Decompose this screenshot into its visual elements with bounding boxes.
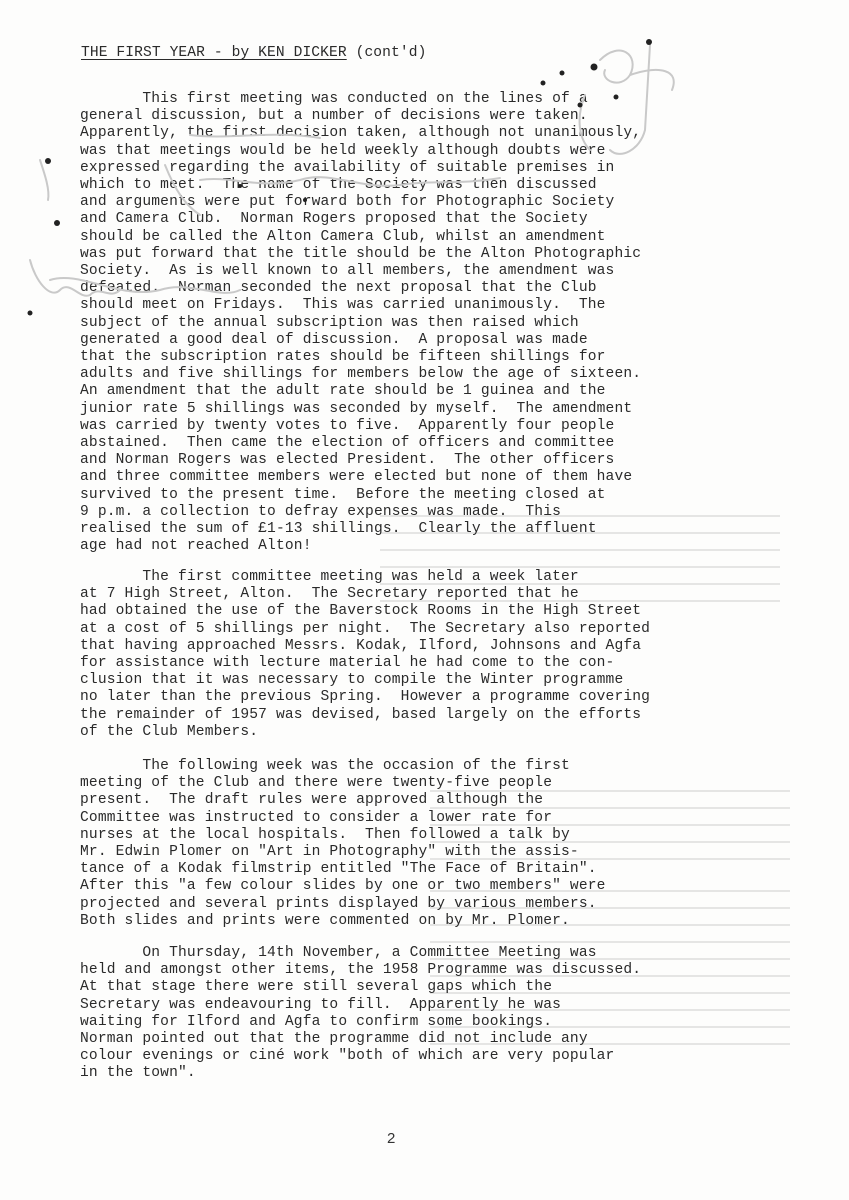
- text-line: abstained. Then came the election of off…: [80, 435, 641, 452]
- text-line: junior rate 5 shillings was seconded by …: [80, 401, 641, 418]
- text-line: nurses at the local hospitals. Then foll…: [80, 827, 606, 844]
- text-line: Norman pointed out that the programme di…: [80, 1031, 641, 1048]
- text-line: An amendment that the adult rate should …: [80, 383, 641, 400]
- text-line: Apparently, the first decision taken, al…: [80, 125, 641, 142]
- text-line: colour evenings or ciné work "both of wh…: [80, 1048, 641, 1065]
- text-line: This first meeting was conducted on the …: [80, 91, 641, 108]
- text-line: of the Club Members.: [80, 724, 650, 741]
- paragraph-first-committee-meeting: The first committee meeting was held a w…: [80, 569, 650, 741]
- text-line: general discussion, but a number of deci…: [80, 108, 641, 125]
- text-line: that having approached Messrs. Kodak, Il…: [80, 638, 650, 655]
- text-line: tance of a Kodak filmstrip entitled "The…: [80, 861, 606, 878]
- text-line: Both slides and prints were commented on…: [80, 913, 606, 930]
- text-line: On Thursday, 14th November, a Committee …: [80, 945, 641, 962]
- text-line: After this "a few colour slides by one o…: [80, 878, 606, 895]
- text-line: and arguments were put forward both for …: [80, 194, 641, 211]
- paragraph-following-week: The following week was the occasion of t…: [80, 758, 606, 930]
- text-line: present. The draft rules were approved a…: [80, 792, 606, 809]
- text-line: survived to the present time. Before the…: [80, 487, 641, 504]
- text-line: and Camera Club. Norman Rogers proposed …: [80, 211, 641, 228]
- article-title: THE FIRST YEAR - by KEN DICKER: [81, 45, 347, 61]
- text-line: Society. As is well known to all members…: [80, 263, 641, 280]
- text-line: in the town".: [80, 1065, 641, 1082]
- text-line: should be called the Alton Camera Club, …: [80, 229, 641, 246]
- text-line: 9 p.m. a collection to defray expenses w…: [80, 504, 641, 521]
- text-line: at a cost of 5 shillings per night. The …: [80, 621, 650, 638]
- page-number: 2: [387, 1130, 395, 1147]
- text-line: age had not reached Alton!: [80, 538, 641, 555]
- text-line: which to meet. The name of the Society w…: [80, 177, 641, 194]
- paragraph-first-meeting: This first meeting was conducted on the …: [80, 91, 641, 555]
- text-line: adults and five shillings for members be…: [80, 366, 641, 383]
- text-line: should meet on Fridays. This was carried…: [80, 297, 641, 314]
- text-line: waiting for Ilford and Agfa to confirm s…: [80, 1014, 641, 1031]
- text-line: projected and several prints displayed b…: [80, 896, 606, 913]
- text-line: at 7 High Street, Alton. The Secretary r…: [80, 586, 650, 603]
- text-line: subject of the annual subscription was t…: [80, 315, 641, 332]
- text-line: that the subscription rates should be fi…: [80, 349, 641, 366]
- text-line: Secretary was endeavouring to fill. Appa…: [80, 997, 641, 1014]
- text-line: had obtained the use of the Baverstock R…: [80, 603, 650, 620]
- text-line: meeting of the Club and there were twent…: [80, 775, 606, 792]
- text-line: Mr. Edwin Plomer on "Art in Photography"…: [80, 844, 606, 861]
- paragraph-november-meeting: On Thursday, 14th November, a Committee …: [80, 945, 641, 1083]
- text-line: and Norman Rogers was elected President.…: [80, 452, 641, 469]
- text-line: The first committee meeting was held a w…: [80, 569, 650, 586]
- text-line: held and amongst other items, the 1958 P…: [80, 962, 641, 979]
- article-heading: THE FIRST YEAR - by KEN DICKER (cont'd): [81, 45, 426, 61]
- text-line: was that meetings would be held weekly a…: [80, 143, 641, 160]
- article-title-suffix: (cont'd): [347, 45, 427, 61]
- text-line: the remainder of 1957 was devised, based…: [80, 707, 650, 724]
- text-line: Committee was instructed to consider a l…: [80, 810, 606, 827]
- text-line: was put forward that the title should be…: [80, 246, 641, 263]
- text-line: expressed regarding the availability of …: [80, 160, 641, 177]
- text-line: no later than the previous Spring. Howev…: [80, 689, 650, 706]
- document-page: THE FIRST YEAR - by KEN DICKER (cont'd) …: [0, 0, 849, 1200]
- text-line: was carried by twenty votes to five. App…: [80, 418, 641, 435]
- text-line: realised the sum of £1-13 shillings. Cle…: [80, 521, 641, 538]
- text-line: for assistance with lecture material he …: [80, 655, 650, 672]
- text-line: The following week was the occasion of t…: [80, 758, 606, 775]
- text-line: clusion that it was necessary to compile…: [80, 672, 650, 689]
- text-line: generated a good deal of discussion. A p…: [80, 332, 641, 349]
- text-line: At that stage there were still several g…: [80, 979, 641, 996]
- text-line: defeated. Norman seconded the next propo…: [80, 280, 641, 297]
- text-line: and three committee members were elected…: [80, 469, 641, 486]
